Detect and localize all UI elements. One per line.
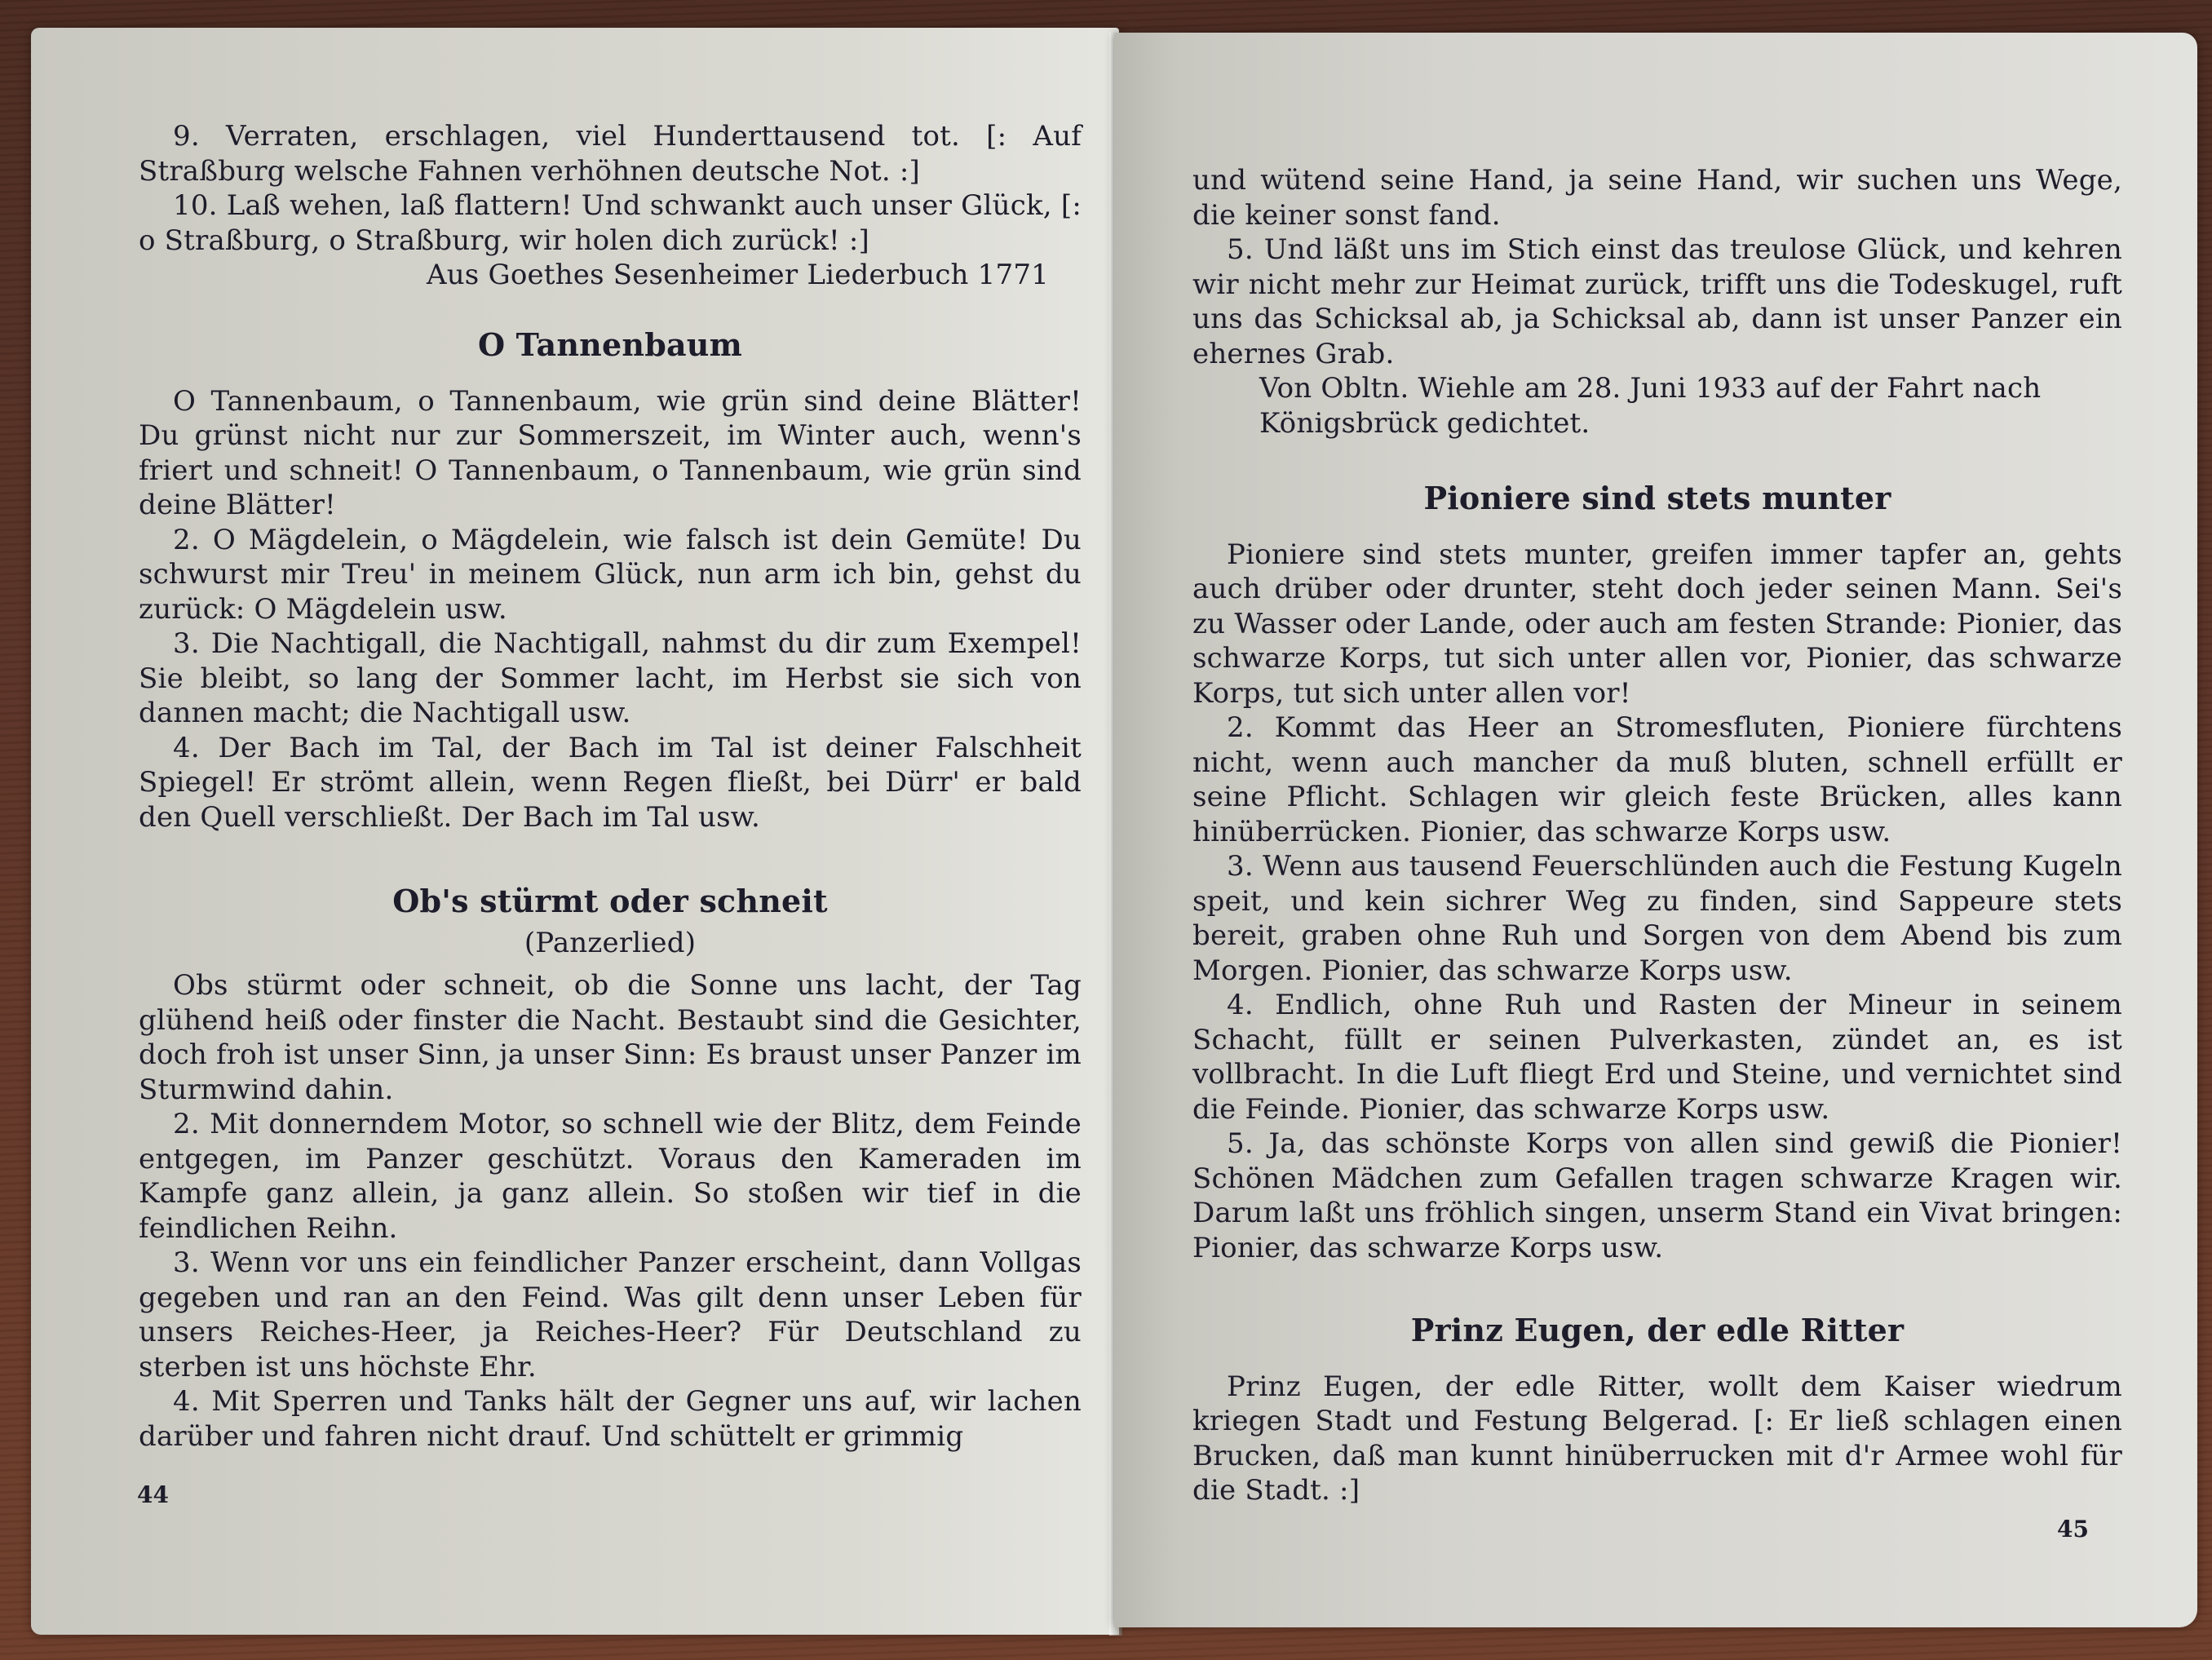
song-attribution: Von Obltn. Wiehle am 28. Juni 1933 auf d… bbox=[1192, 371, 2122, 440]
song-subtitle: (Panzerlied) bbox=[139, 926, 1082, 961]
verse: 2. Kommt das Heer an Stromesfluten, Pion… bbox=[1192, 710, 2122, 849]
right-page: und wütend seine Hand, ja seine Hand, wi… bbox=[1114, 33, 2197, 1627]
left-page: 9. Verraten, erschlagen, viel Hunderttau… bbox=[31, 28, 1119, 1635]
verse: Obs stürmt oder schneit, ob die Sonne un… bbox=[139, 968, 1082, 1107]
verse: 5. Und läßt uns im Stich einst das treul… bbox=[1192, 232, 2122, 371]
verse: 3. Wenn aus tausend Feuerschlünden auch … bbox=[1192, 849, 2122, 988]
song-prinz-eugen: Prinz Eugen, der edle Ritter Prinz Eugen… bbox=[1192, 1313, 2122, 1508]
verse-continuation: und wütend seine Hand, ja seine Hand, wi… bbox=[1192, 163, 2122, 232]
verse: 2. Mit donnerndem Motor, so schnell wie … bbox=[139, 1107, 1082, 1246]
page-number: 44 bbox=[137, 1481, 169, 1508]
song-o-tannenbaum: O Tannenbaum O Tannenbaum, o Tannenbaum,… bbox=[139, 328, 1082, 834]
verse: 4. Mit Sperren und Tanks hält der Gegner… bbox=[139, 1384, 1082, 1454]
verse: 3. Die Nachtigall, die Nachtigall, nahms… bbox=[139, 626, 1082, 731]
verse: 5. Ja, das schönste Korps von allen sind… bbox=[1192, 1127, 2122, 1265]
verse: 3. Wenn vor uns ein feindlicher Panzer e… bbox=[139, 1246, 1082, 1384]
song-source: Aus Goethes Sesenheimer Liederbuch 1771 bbox=[139, 258, 1082, 293]
verse: Pioniere sind stets munter, greifen imme… bbox=[1192, 538, 2122, 711]
verse: 4. Der Bach im Tal, der Bach im Tal ist … bbox=[139, 731, 1082, 835]
song-title: Prinz Eugen, der edle Ritter bbox=[1192, 1313, 2122, 1348]
verse: 10. Laß wehen, laß flattern! Und schwank… bbox=[139, 188, 1082, 258]
song-title: Ob's stürmt oder schneit bbox=[139, 884, 1082, 919]
song-title: Pioniere sind stets munter bbox=[1192, 481, 2122, 516]
verse: Prinz Eugen, der edle Ritter, wollt dem … bbox=[1192, 1370, 2122, 1508]
song-title: O Tannenbaum bbox=[139, 328, 1082, 363]
song-panzerlied: Ob's stürmt oder schneit (Panzerlied) Ob… bbox=[139, 884, 1082, 1454]
song-pioniere: Pioniere sind stets munter Pioniere sind… bbox=[1192, 481, 2122, 1265]
straßburg-song-ending: 9. Verraten, erschlagen, viel Hunderttau… bbox=[139, 119, 1082, 293]
verse: O Tannenbaum, o Tannenbaum, wie grün sin… bbox=[139, 384, 1082, 523]
verse: 4. Endlich, ohne Ruh und Rasten der Mine… bbox=[1192, 988, 2122, 1127]
page-number: 45 bbox=[2057, 1516, 2089, 1543]
verse: 9. Verraten, erschlagen, viel Hunderttau… bbox=[139, 119, 1082, 188]
panzerlied-continuation: und wütend seine Hand, ja seine Hand, wi… bbox=[1192, 163, 2122, 440]
verse: 2. O Mägdelein, o Mägdelein, wie falsch … bbox=[139, 523, 1082, 627]
